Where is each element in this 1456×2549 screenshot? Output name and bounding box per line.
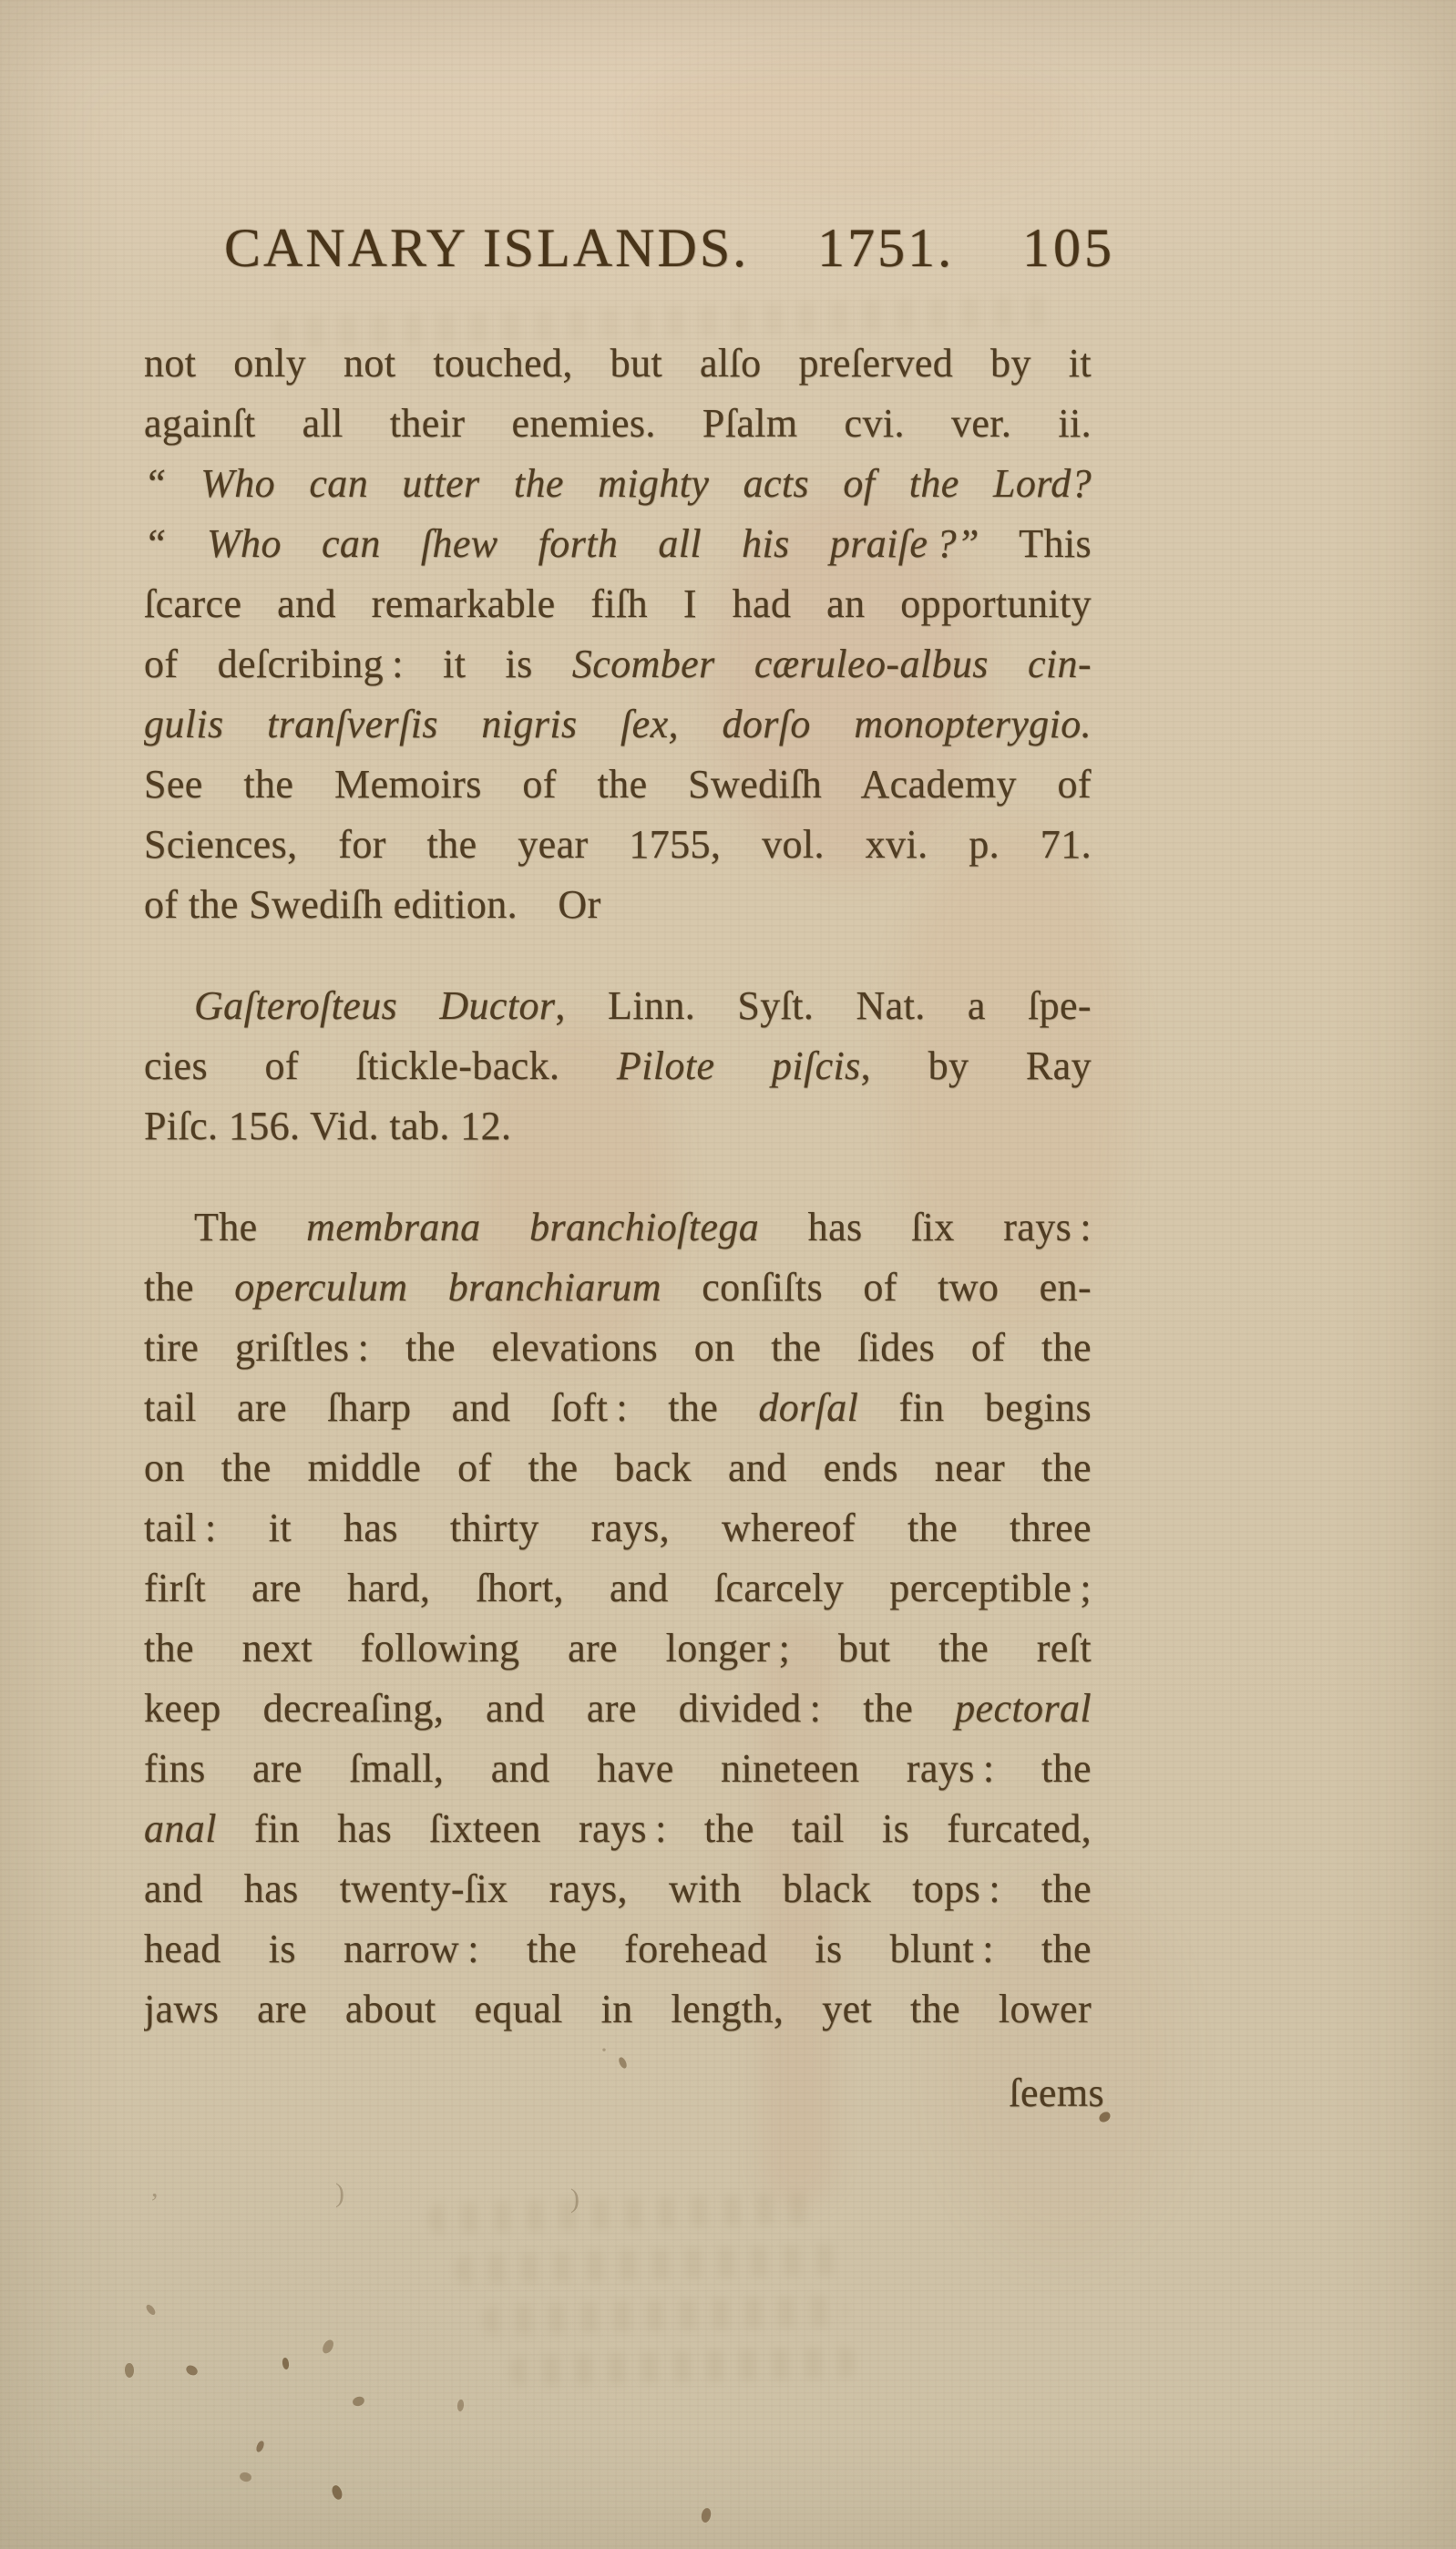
page-scan: { "document": { "kind": "printed-book-pa… <box>0 0 1456 2549</box>
page-vignette <box>0 0 1456 2549</box>
